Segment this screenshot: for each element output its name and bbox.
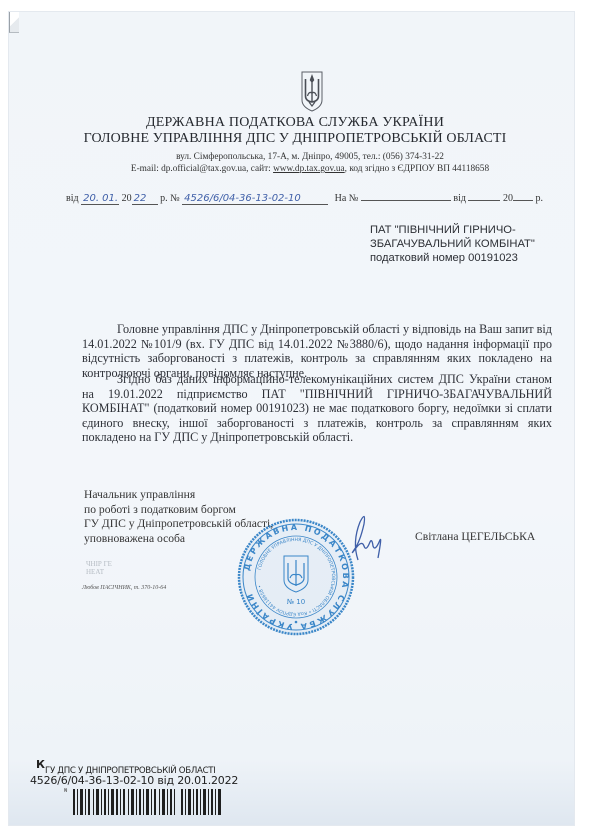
r-label-2: р. [535, 193, 543, 204]
faded-text-artifact: ЧНІР ГЕНЕАТ [86, 560, 112, 576]
barcode-marker: ₦ [64, 788, 67, 794]
recipient-tax-number: податковий номер 00191023 [370, 251, 535, 265]
registration-mark: К [36, 758, 45, 771]
svg-text:№ 10: № 10 [287, 598, 305, 606]
position-line2: по роботі з податковим боргом [84, 503, 273, 518]
from-label: від [66, 193, 79, 204]
org-contacts: E-mail: dp.official@tax.gov.ua, сайт: ww… [0, 164, 590, 174]
r-number-label: р. № [160, 193, 180, 204]
outgoing-number: 4526/6/04-36-13-02-10 [182, 193, 328, 205]
edrpou-code: , код згідно з ЄДРПОУ ВП 44118658 [345, 164, 489, 174]
signatory-name: Світлана ЦЕГЕЛЬСЬКА [415, 530, 535, 543]
executor-contact: Любов ПАСІЧНИК, т. 370-10-64 [82, 585, 166, 591]
from-label-2: від [453, 193, 466, 204]
website-link[interactable]: www.dp.tax.gov.ua [273, 164, 345, 174]
barcode-icon [73, 789, 223, 815]
incoming-number-blank [361, 190, 451, 201]
year-prefix: 20 [122, 193, 132, 204]
email-text: E-mail: dp.official@tax.gov.ua, сайт: [131, 164, 273, 174]
recipient-block: ПАТ "ПІВНІЧНИЙ ГІРНИЧО- ЗБАГАЧУВАЛЬНИЙ К… [370, 223, 535, 265]
ukraine-trident-icon [301, 70, 323, 112]
year-prefix-2: 20 [503, 193, 513, 204]
page-corner-fold [9, 12, 19, 33]
recipient-line2: ЗБАГАЧУВАЛЬНИЙ КОМБІНАТ" [370, 237, 535, 251]
incoming-date-blank [468, 190, 500, 201]
org-name-line1: ДЕРЖАВНА ПОДАТКОВА СЛУЖБА УКРАЇНИ [0, 115, 590, 131]
reference-line: від 20. 01. 2022 р. № 4526/6/04-36-13-02… [66, 190, 543, 205]
outgoing-date: 20. 01. [81, 193, 119, 205]
incoming-year-blank [513, 190, 533, 201]
body-paragraph-2: Згідно баз даних інформаційно-телекомуні… [82, 372, 552, 445]
org-address: вул. Сімферопольська, 17-А, м. Дніпро, 4… [0, 152, 590, 162]
official-stamp-icon: ДЕРЖАВНА ПОДАТКОВА СЛУЖБА УКРАЇНИ ГОЛОВН… [237, 518, 355, 636]
registration-number-date: 4526/6/04-36-13-02-10 від 20.01.2022 [30, 774, 238, 787]
recipient-line1: ПАТ "ПІВНІЧНИЙ ГІРНИЧО- [370, 223, 535, 237]
position-line1: Начальник управління [84, 488, 273, 503]
org-name-line2: ГОЛОВНЕ УПРАВЛІННЯ ДПС У ДНІПРОПЕТРОВСЬК… [0, 131, 590, 147]
outgoing-year: 22 [132, 193, 158, 205]
on-no-label: На № [335, 193, 359, 204]
